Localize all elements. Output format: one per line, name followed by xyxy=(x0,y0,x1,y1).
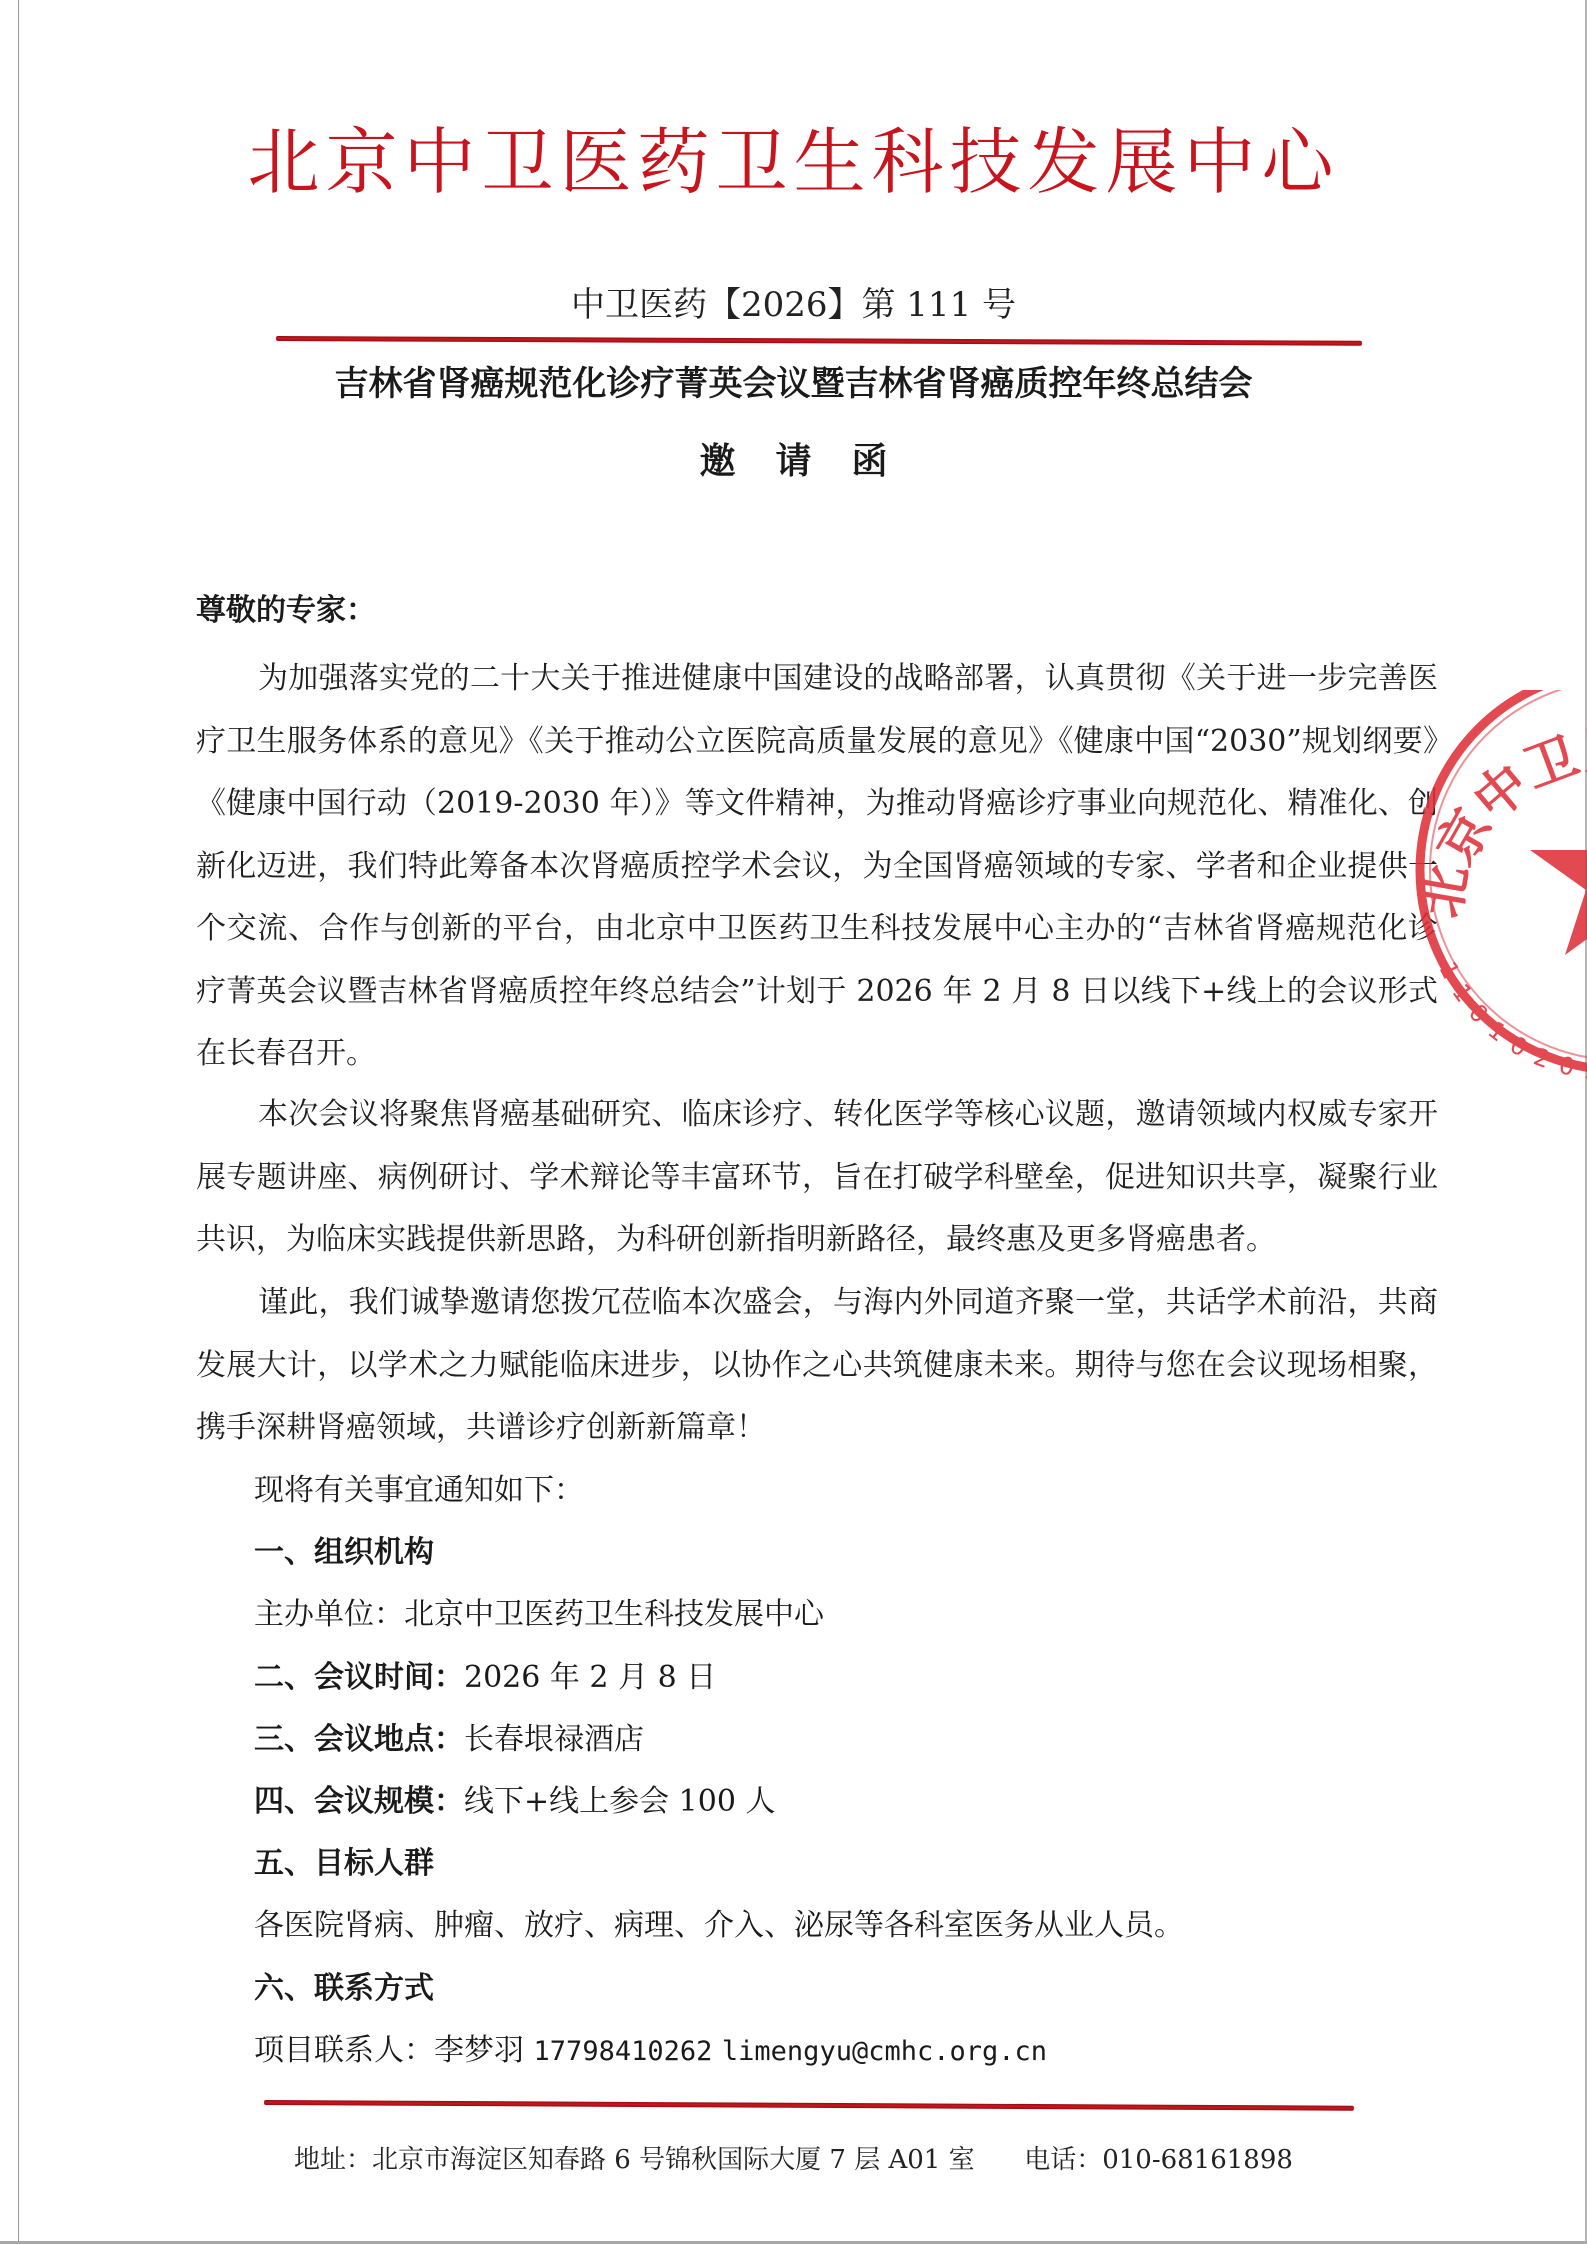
section-time: 二、会议时间：2026 年 2 月 8 日 xyxy=(254,1647,1184,1709)
target-audience: 各医院肾病、肿瘤、放疗、病理、介入、泌尿等各科室医务从业人员。 xyxy=(254,1895,1184,1957)
contact-label: 项目联系人： xyxy=(254,2033,434,2068)
meeting-date: 2026 年 2 月 8 日 xyxy=(464,1660,716,1695)
section-contact-heading: 六、联系方式 xyxy=(254,1958,1184,2020)
letterhead-divider xyxy=(276,336,1362,346)
star-icon xyxy=(1530,785,1587,955)
letter-type-title: 邀请函 xyxy=(0,432,1587,492)
contact-phone[interactable]: 17798410262 xyxy=(534,2036,713,2067)
meeting-venue: 长春垠禄酒店 xyxy=(464,1722,644,1757)
paragraph-invitation: 谨此，我们诚挚邀请您拨冗莅临本次盛会，与海内外同道齐聚一堂，共话学术前沿，共商发… xyxy=(196,1272,1438,1460)
section-heading: 三、会议地点： xyxy=(254,1722,464,1757)
section-audience-heading: 五、目标人群 xyxy=(254,1833,1184,1895)
host-label: 主办单位： xyxy=(254,1597,404,1632)
page-border-left xyxy=(18,0,19,2244)
notice-details: 现将有关事宜通知如下： 一、组织机构 主办单位：北京中卫医药卫生科技发展中心 二… xyxy=(254,1460,1184,2082)
paragraph-text: 为加强落实党的二十大关于推进健康中国建设的战略部署，认真贯彻《关于进一步完善医疗… xyxy=(196,648,1438,1086)
audience-value: 各医院肾病、肿瘤、放疗、病理、介入、泌尿等各科室医务从业人员。 xyxy=(254,1908,1184,1943)
contact-person: 项目联系人：李梦羽 17798410262 limengyu@cmhc.org.… xyxy=(254,2020,1184,2082)
meeting-title: 吉林省肾癌规范化诊疗菁英会议暨吉林省肾癌质控年终总结会 xyxy=(0,354,1587,414)
section-heading: 二、会议时间： xyxy=(254,1660,464,1695)
host-organization: 主办单位：北京中卫医药卫生科技发展中心 xyxy=(254,1584,1184,1646)
footer-phone: 电话：010-68161898 xyxy=(1024,2145,1293,2175)
meeting-scale: 线下+线上参会 100 人 xyxy=(464,1784,775,1819)
section-organization-heading: 一、组织机构 xyxy=(254,1522,1184,1584)
section-venue: 三、会议地点：长春垠禄酒店 xyxy=(254,1709,1184,1771)
footer-divider xyxy=(264,2100,1354,2111)
document-number: 中卫医药【2026】第 111 号 xyxy=(0,280,1587,330)
paragraph-text: 谨此，我们诚挚邀请您拨冗莅临本次盛会，与海内外同道齐聚一堂，共话学术前沿，共商发… xyxy=(196,1272,1438,1460)
svg-text:110102023: 110102023 xyxy=(1433,957,1587,1086)
notice-intro: 现将有关事宜通知如下： xyxy=(254,1460,1184,1522)
seal-code: 110102023 xyxy=(1433,957,1587,1086)
section-scale: 四、会议规模：线下+线上参会 100 人 xyxy=(254,1771,1184,1833)
contact-email-link[interactable]: limengyu@cmhc.org.cn xyxy=(722,2036,1047,2067)
host-value: 北京中卫医药卫生科技发展中心 xyxy=(404,1597,824,1632)
section-heading: 六、联系方式 xyxy=(254,1971,434,2006)
section-heading: 五、目标人群 xyxy=(254,1846,434,1881)
section-heading: 四、会议规模： xyxy=(254,1784,464,1819)
footer: 地址：北京市海淀区知春路 6 号锦秋国际大厦 7 层 A01 室 电话：010-… xyxy=(0,2140,1587,2180)
paragraph-text: 本次会议将聚焦肾癌基础研究、临床诊疗、转化医学等核心议题，邀请领域内权威专家开展… xyxy=(196,1084,1438,1272)
footer-address: 地址：北京市海淀区知春路 6 号锦秋国际大厦 7 层 A01 室 xyxy=(294,2145,975,2175)
paragraph-background: 为加强落实党的二十大关于推进健康中国建设的战略部署，认真贯彻《关于进一步完善医疗… xyxy=(196,648,1438,1086)
section-heading: 一、组织机构 xyxy=(254,1535,434,1570)
paragraph-agenda: 本次会议将聚焦肾癌基础研究、临床诊疗、转化医学等核心议题，邀请领域内权威专家开展… xyxy=(196,1084,1438,1272)
organization-letterhead: 北京中卫医药卫生科技发展中心 xyxy=(0,112,1587,212)
notice-intro-text: 现将有关事宜通知如下： xyxy=(254,1473,584,1508)
salutation: 尊敬的专家： xyxy=(196,586,376,636)
contact-name: 李梦羽 xyxy=(434,2033,524,2068)
